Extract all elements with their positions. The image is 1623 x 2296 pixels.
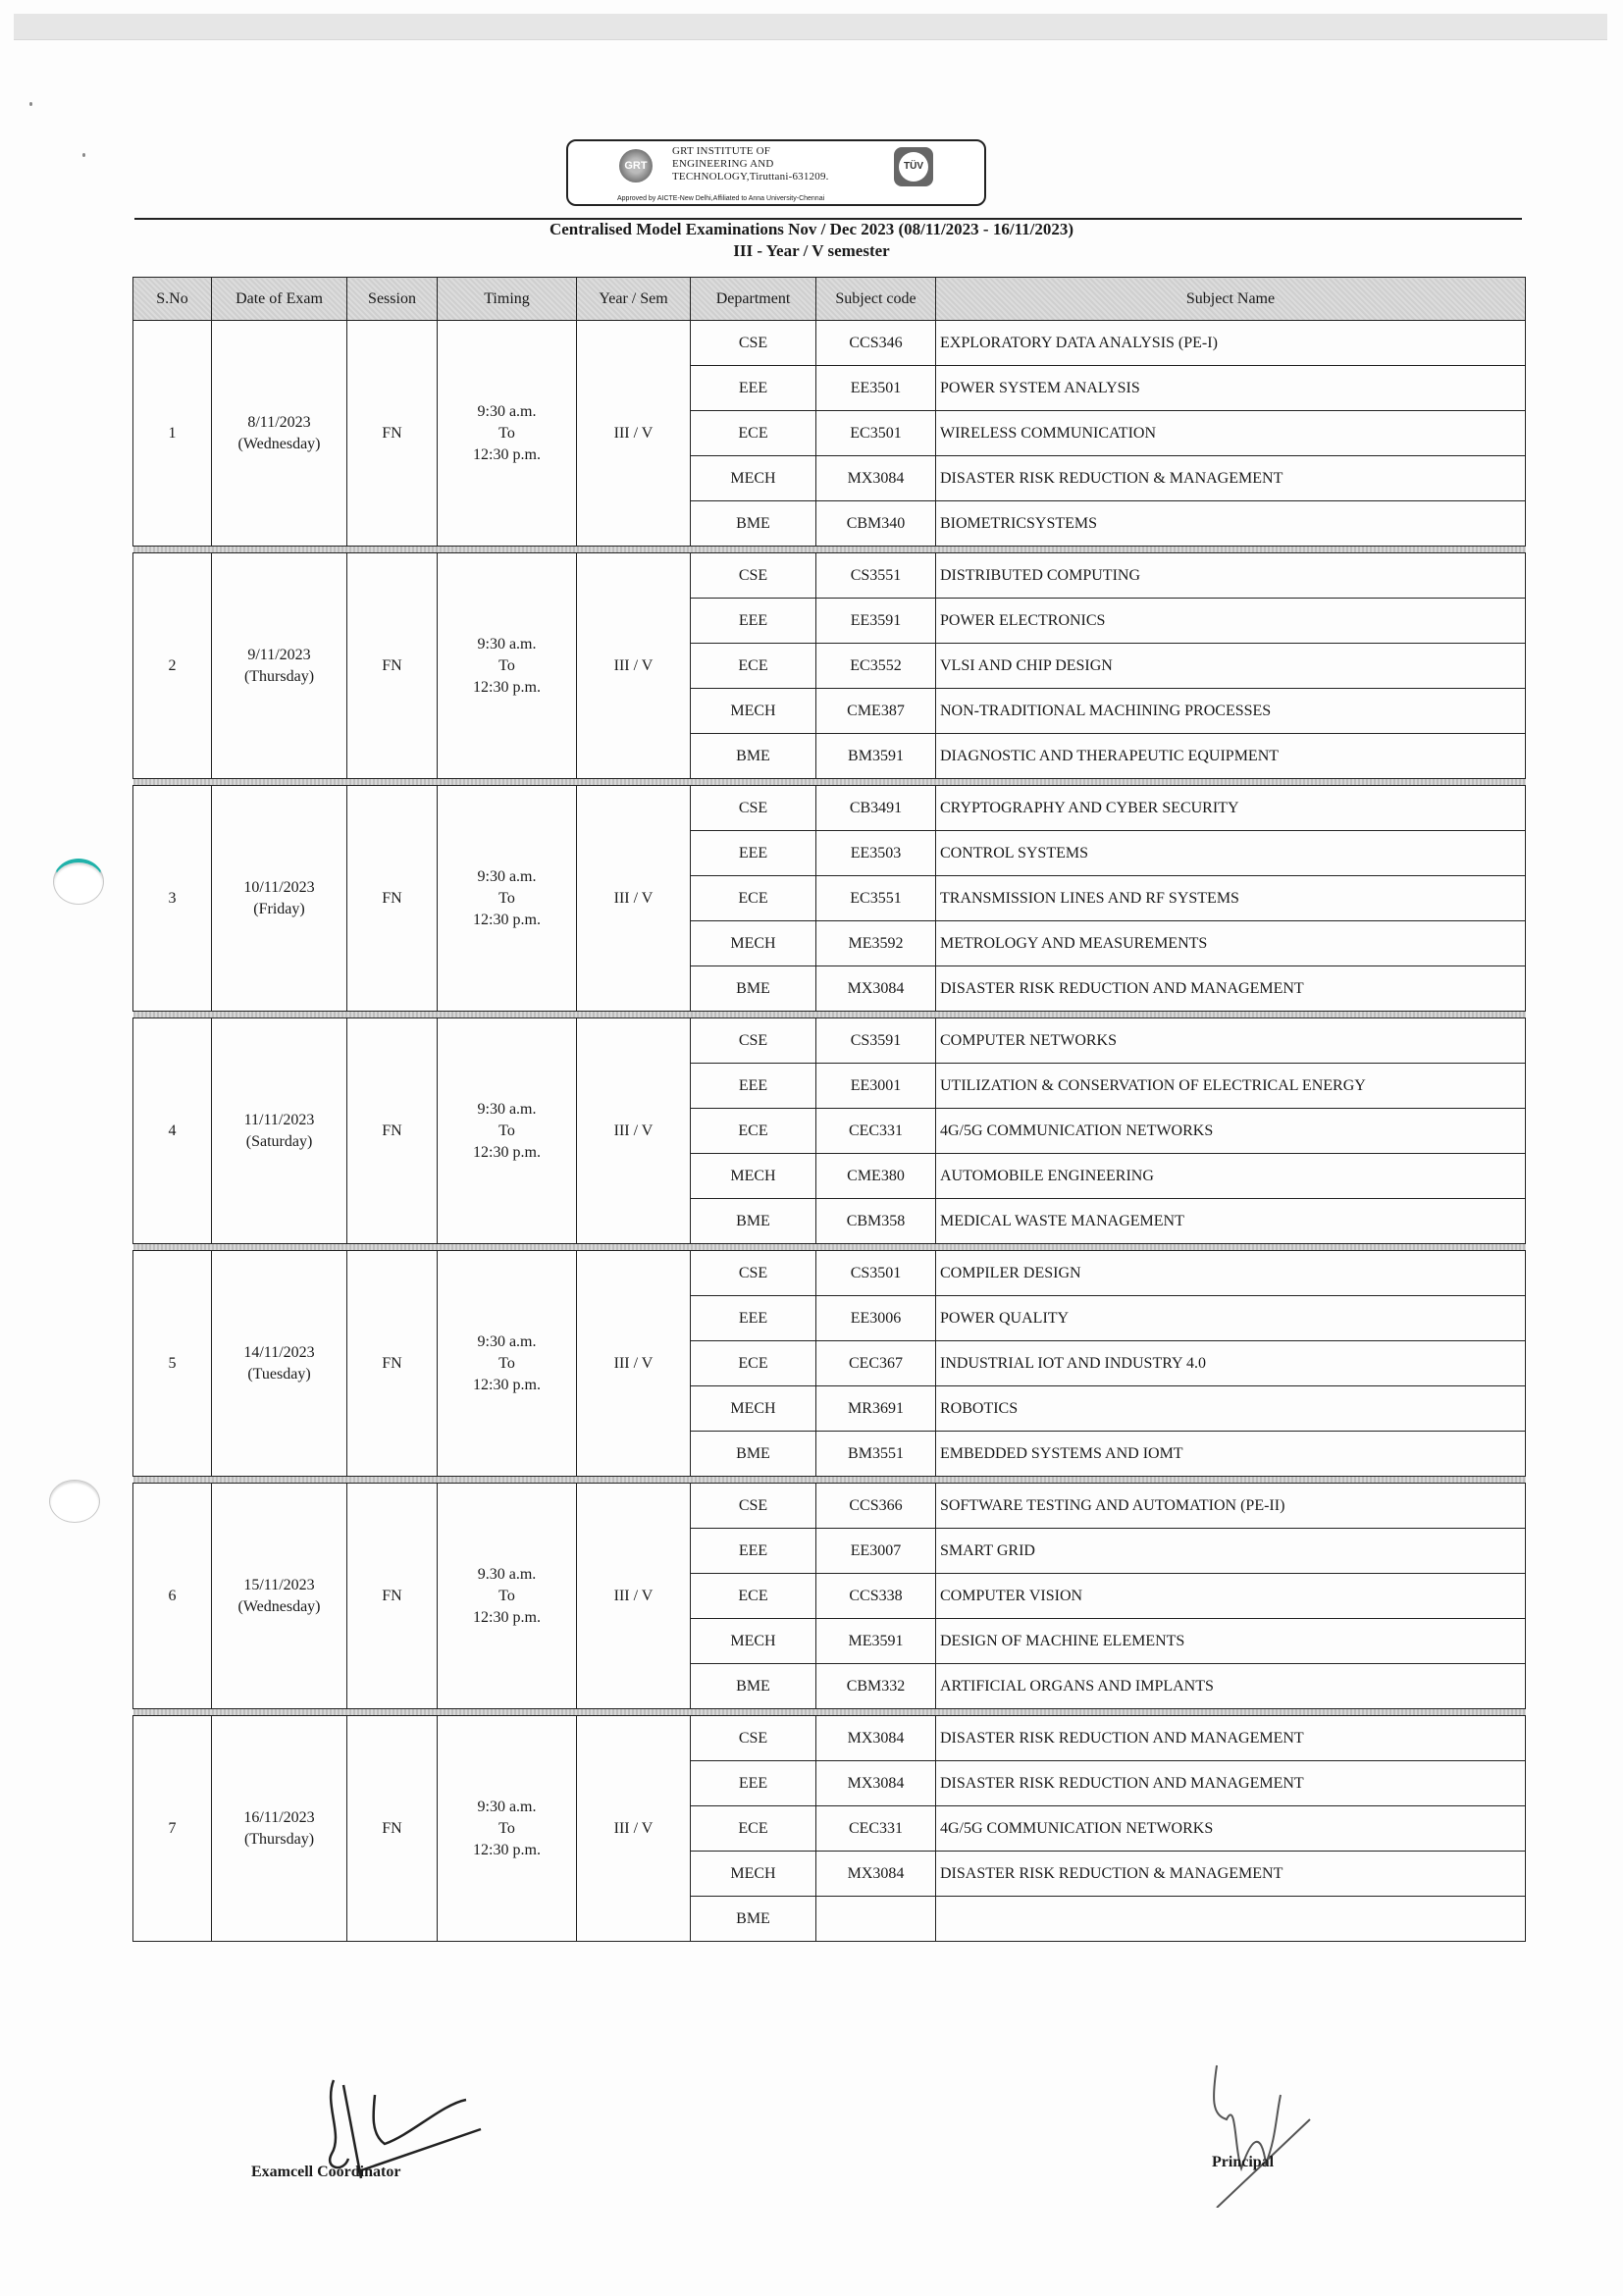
exam-date-cell: 8/11/2023(Wednesday) (212, 321, 347, 547)
institute-logo-icon: GRT (619, 149, 653, 183)
department-cell: CSE (691, 553, 816, 599)
department-cell: ECE (691, 1574, 816, 1619)
subject-code-cell: MX3084 (816, 1716, 936, 1761)
subject-name-cell: POWER SYSTEM ANALYSIS (936, 366, 1526, 411)
subject-name-cell: SOFTWARE TESTING AND AUTOMATION (PE-II) (936, 1484, 1526, 1529)
principal-label: Principal (1212, 2154, 1274, 2171)
timing-cell: 9:30 a.m.To12:30 p.m. (438, 1018, 577, 1244)
subject-code-cell: EE3006 (816, 1296, 936, 1341)
department-cell: MECH (691, 921, 816, 966)
subject-name-cell: 4G/5G COMMUNICATION NETWORKS (936, 1806, 1526, 1852)
column-header: Subject Name (936, 278, 1526, 321)
department-cell: ECE (691, 1806, 816, 1852)
subject-code-cell: CBM358 (816, 1199, 936, 1244)
subject-code-cell: MX3084 (816, 456, 936, 501)
subject-code-cell: CEC367 (816, 1341, 936, 1386)
serial-number-cell: 6 (133, 1484, 212, 1709)
scan-edge-strip (14, 14, 1607, 40)
subject-code-cell: EC3501 (816, 411, 936, 456)
department-cell: EEE (691, 1296, 816, 1341)
subject-name-cell: INDUSTRIAL IOT AND INDUSTRY 4.0 (936, 1341, 1526, 1386)
document-subtitle: III - Year / V semester (0, 241, 1623, 261)
year-sem-cell: III / V (577, 1716, 691, 1942)
exam-date-cell: 15/11/2023(Wednesday) (212, 1484, 347, 1709)
exam-schedule-table: S.NoDate of ExamSessionTimingYear / SemD… (132, 277, 1526, 1942)
column-header: Date of Exam (212, 278, 347, 321)
timing-cell: 9:30 a.m.To12:30 p.m. (438, 786, 577, 1012)
subject-code-cell: BM3551 (816, 1432, 936, 1477)
column-header: Timing (438, 278, 577, 321)
table-row: 29/11/2023(Thursday)FN9:30 a.m.To12:30 p… (133, 553, 1526, 599)
department-cell: EEE (691, 1761, 816, 1806)
subject-code-cell: EE3007 (816, 1529, 936, 1574)
department-cell: CSE (691, 321, 816, 366)
subject-name-cell: TRANSMISSION LINES AND RF SYSTEMS (936, 876, 1526, 921)
subject-code-cell: CEC331 (816, 1806, 936, 1852)
subject-code-cell: MX3084 (816, 966, 936, 1012)
subject-name-cell: SMART GRID (936, 1529, 1526, 1574)
department-cell: BME (691, 1199, 816, 1244)
department-cell: EEE (691, 599, 816, 644)
subject-code-cell: CS3591 (816, 1018, 936, 1064)
department-cell: CSE (691, 1018, 816, 1064)
exam-date-cell: 16/11/2023(Thursday) (212, 1716, 347, 1942)
session-cell: FN (347, 1018, 438, 1244)
subject-name-cell: DISASTER RISK REDUCTION AND MANAGEMENT (936, 966, 1526, 1012)
subject-code-cell: MX3084 (816, 1852, 936, 1897)
subject-name-cell: UTILIZATION & CONSERVATION OF ELECTRICAL… (936, 1064, 1526, 1109)
session-cell: FN (347, 786, 438, 1012)
timing-cell: 9:30 a.m.To12:30 p.m. (438, 321, 577, 547)
subject-code-cell: CCS346 (816, 321, 936, 366)
subject-name-cell: ROBOTICS (936, 1386, 1526, 1432)
subject-name-cell: DIAGNOSTIC AND THERAPEUTIC EQUIPMENT (936, 734, 1526, 779)
group-separator (133, 1012, 1526, 1018)
department-cell: EEE (691, 1529, 816, 1574)
year-sem-cell: III / V (577, 553, 691, 779)
subject-code-cell: CME380 (816, 1154, 936, 1199)
subject-name-cell: MEDICAL WASTE MANAGEMENT (936, 1199, 1526, 1244)
group-separator (133, 1244, 1526, 1251)
timing-cell: 9:30 a.m.To12:30 p.m. (438, 553, 577, 779)
subject-name-cell: NON-TRADITIONAL MACHINING PROCESSES (936, 689, 1526, 734)
subject-name-cell: POWER ELECTRONICS (936, 599, 1526, 644)
department-cell: BME (691, 966, 816, 1012)
session-cell: FN (347, 1716, 438, 1942)
subject-code-cell: ME3591 (816, 1619, 936, 1664)
table-row: 716/11/2023(Thursday)FN9:30 a.m.To12:30 … (133, 1716, 1526, 1761)
exam-date-cell: 9/11/2023(Thursday) (212, 553, 347, 779)
group-separator (133, 1477, 1526, 1484)
institute-name: GRT INSTITUTE OF ENGINEERING AND TECHNOL… (672, 145, 829, 183)
subject-name-cell: COMPUTER NETWORKS (936, 1018, 1526, 1064)
serial-number-cell: 5 (133, 1251, 212, 1477)
column-header: Subject code (816, 278, 936, 321)
department-cell: MECH (691, 1154, 816, 1199)
certification-logo-icon: TÜV (894, 147, 933, 186)
timing-cell: 9.30 a.m.To12:30 p.m. (438, 1484, 577, 1709)
year-sem-cell: III / V (577, 786, 691, 1012)
table-header-row: S.NoDate of ExamSessionTimingYear / SemD… (133, 278, 1526, 321)
department-cell: CSE (691, 1484, 816, 1529)
subject-code-cell: EC3551 (816, 876, 936, 921)
subject-name-cell: POWER QUALITY (936, 1296, 1526, 1341)
subject-name-cell: DESIGN OF MACHINE ELEMENTS (936, 1619, 1526, 1664)
session-cell: FN (347, 553, 438, 779)
subject-code-cell: EE3001 (816, 1064, 936, 1109)
department-cell: EEE (691, 366, 816, 411)
subject-code-cell: EE3503 (816, 831, 936, 876)
subject-code-cell: CCS366 (816, 1484, 936, 1529)
subject-name-cell: 4G/5G COMMUNICATION NETWORKS (936, 1109, 1526, 1154)
examcell-coordinator-label: Examcell Coordinator (251, 2164, 400, 2181)
column-header: Session (347, 278, 438, 321)
column-header: Department (691, 278, 816, 321)
department-cell: CSE (691, 1251, 816, 1296)
scan-speck (29, 102, 32, 106)
department-cell: BME (691, 1432, 816, 1477)
document-title: Centralised Model Examinations Nov / Dec… (0, 220, 1623, 239)
subject-code-cell: CME387 (816, 689, 936, 734)
subject-name-cell: DISASTER RISK REDUCTION & MANAGEMENT (936, 456, 1526, 501)
department-cell: MECH (691, 1852, 816, 1897)
department-cell: BME (691, 734, 816, 779)
group-separator (133, 779, 1526, 786)
column-header: Year / Sem (577, 278, 691, 321)
table-row: 18/11/2023(Wednesday)FN9:30 a.m.To12:30 … (133, 321, 1526, 366)
subject-name-cell: BIOMETRICSYSTEMS (936, 501, 1526, 547)
department-cell: ECE (691, 644, 816, 689)
subject-code-cell: CB3491 (816, 786, 936, 831)
table-row: 514/11/2023(Tuesday)FN9:30 a.m.To12:30 p… (133, 1251, 1526, 1296)
year-sem-cell: III / V (577, 1018, 691, 1244)
subject-name-cell: DISASTER RISK REDUCTION AND MANAGEMENT (936, 1716, 1526, 1761)
subject-code-cell: CCS338 (816, 1574, 936, 1619)
subject-code-cell: MX3084 (816, 1761, 936, 1806)
session-cell: FN (347, 321, 438, 547)
exam-date-cell: 10/11/2023(Friday) (212, 786, 347, 1012)
year-sem-cell: III / V (577, 321, 691, 547)
subject-name-cell: WIRELESS COMMUNICATION (936, 411, 1526, 456)
principal-signature (1207, 2061, 1364, 2208)
subject-name-cell (936, 1897, 1526, 1942)
serial-number-cell: 3 (133, 786, 212, 1012)
department-cell: MECH (691, 1386, 816, 1432)
exam-date-cell: 11/11/2023(Saturday) (212, 1018, 347, 1244)
department-cell: MECH (691, 456, 816, 501)
session-cell: FN (347, 1251, 438, 1477)
department-cell: ECE (691, 1341, 816, 1386)
group-separator (133, 547, 1526, 553)
department-cell: BME (691, 1664, 816, 1709)
subject-name-cell: COMPILER DESIGN (936, 1251, 1526, 1296)
subject-code-cell: EE3591 (816, 599, 936, 644)
subject-code-cell: CBM340 (816, 501, 936, 547)
department-cell: CSE (691, 786, 816, 831)
subject-name-cell: CONTROL SYSTEMS (936, 831, 1526, 876)
scan-speck (82, 153, 85, 157)
subject-name-cell: DISASTER RISK REDUCTION & MANAGEMENT (936, 1852, 1526, 1897)
subject-name-cell: CRYPTOGRAPHY AND CYBER SECURITY (936, 786, 1526, 831)
group-separator (133, 1709, 1526, 1716)
subject-name-cell: DISASTER RISK REDUCTION AND MANAGEMENT (936, 1761, 1526, 1806)
subject-name-cell: METROLOGY AND MEASUREMENTS (936, 921, 1526, 966)
subject-name-cell: AUTOMOBILE ENGINEERING (936, 1154, 1526, 1199)
subject-code-cell: BM3591 (816, 734, 936, 779)
table-row: 411/11/2023(Saturday)FN9:30 a.m.To12:30 … (133, 1018, 1526, 1064)
serial-number-cell: 2 (133, 553, 212, 779)
department-cell: MECH (691, 689, 816, 734)
table-body: 18/11/2023(Wednesday)FN9:30 a.m.To12:30 … (133, 321, 1526, 1942)
department-cell: ECE (691, 876, 816, 921)
year-sem-cell: III / V (577, 1484, 691, 1709)
subject-code-cell: CS3501 (816, 1251, 936, 1296)
subject-code-cell: ME3592 (816, 921, 936, 966)
subject-code-cell: EC3552 (816, 644, 936, 689)
subject-code-cell: CEC331 (816, 1109, 936, 1154)
session-cell: FN (347, 1484, 438, 1709)
subject-name-cell: COMPUTER VISION (936, 1574, 1526, 1619)
institute-header: GRT GRT INSTITUTE OF ENGINEERING AND TEC… (566, 139, 986, 206)
subject-code-cell (816, 1897, 936, 1942)
serial-number-cell: 7 (133, 1716, 212, 1942)
timing-cell: 9:30 a.m.To12:30 p.m. (438, 1716, 577, 1942)
department-cell: ECE (691, 1109, 816, 1154)
department-cell: BME (691, 501, 816, 547)
subject-code-cell: CBM332 (816, 1664, 936, 1709)
department-cell: EEE (691, 831, 816, 876)
table-row: 615/11/2023(Wednesday)FN9.30 a.m.To12:30… (133, 1484, 1526, 1529)
serial-number-cell: 1 (133, 321, 212, 547)
subject-code-cell: CS3551 (816, 553, 936, 599)
subject-name-cell: VLSI AND CHIP DESIGN (936, 644, 1526, 689)
approval-text: Approved by AICTE-New Delhi,Affiliated t… (617, 195, 824, 202)
subject-name-cell: EXPLORATORY DATA ANALYSIS (PE-I) (936, 321, 1526, 366)
punch-hole (53, 859, 104, 905)
department-cell: EEE (691, 1064, 816, 1109)
subject-name-cell: ARTIFICIAL ORGANS AND IMPLANTS (936, 1664, 1526, 1709)
department-cell: ECE (691, 411, 816, 456)
serial-number-cell: 4 (133, 1018, 212, 1244)
year-sem-cell: III / V (577, 1251, 691, 1477)
exam-date-cell: 14/11/2023(Tuesday) (212, 1251, 347, 1477)
subject-code-cell: MR3691 (816, 1386, 936, 1432)
subject-name-cell: EMBEDDED SYSTEMS AND IOMT (936, 1432, 1526, 1477)
subject-code-cell: EE3501 (816, 366, 936, 411)
timing-cell: 9:30 a.m.To12:30 p.m. (438, 1251, 577, 1477)
column-header: S.No (133, 278, 212, 321)
department-cell: CSE (691, 1716, 816, 1761)
subject-name-cell: DISTRIBUTED COMPUTING (936, 553, 1526, 599)
department-cell: BME (691, 1897, 816, 1942)
department-cell: MECH (691, 1619, 816, 1664)
table-row: 310/11/2023(Friday)FN9:30 a.m.To12:30 p.… (133, 786, 1526, 831)
punch-hole (49, 1480, 100, 1523)
